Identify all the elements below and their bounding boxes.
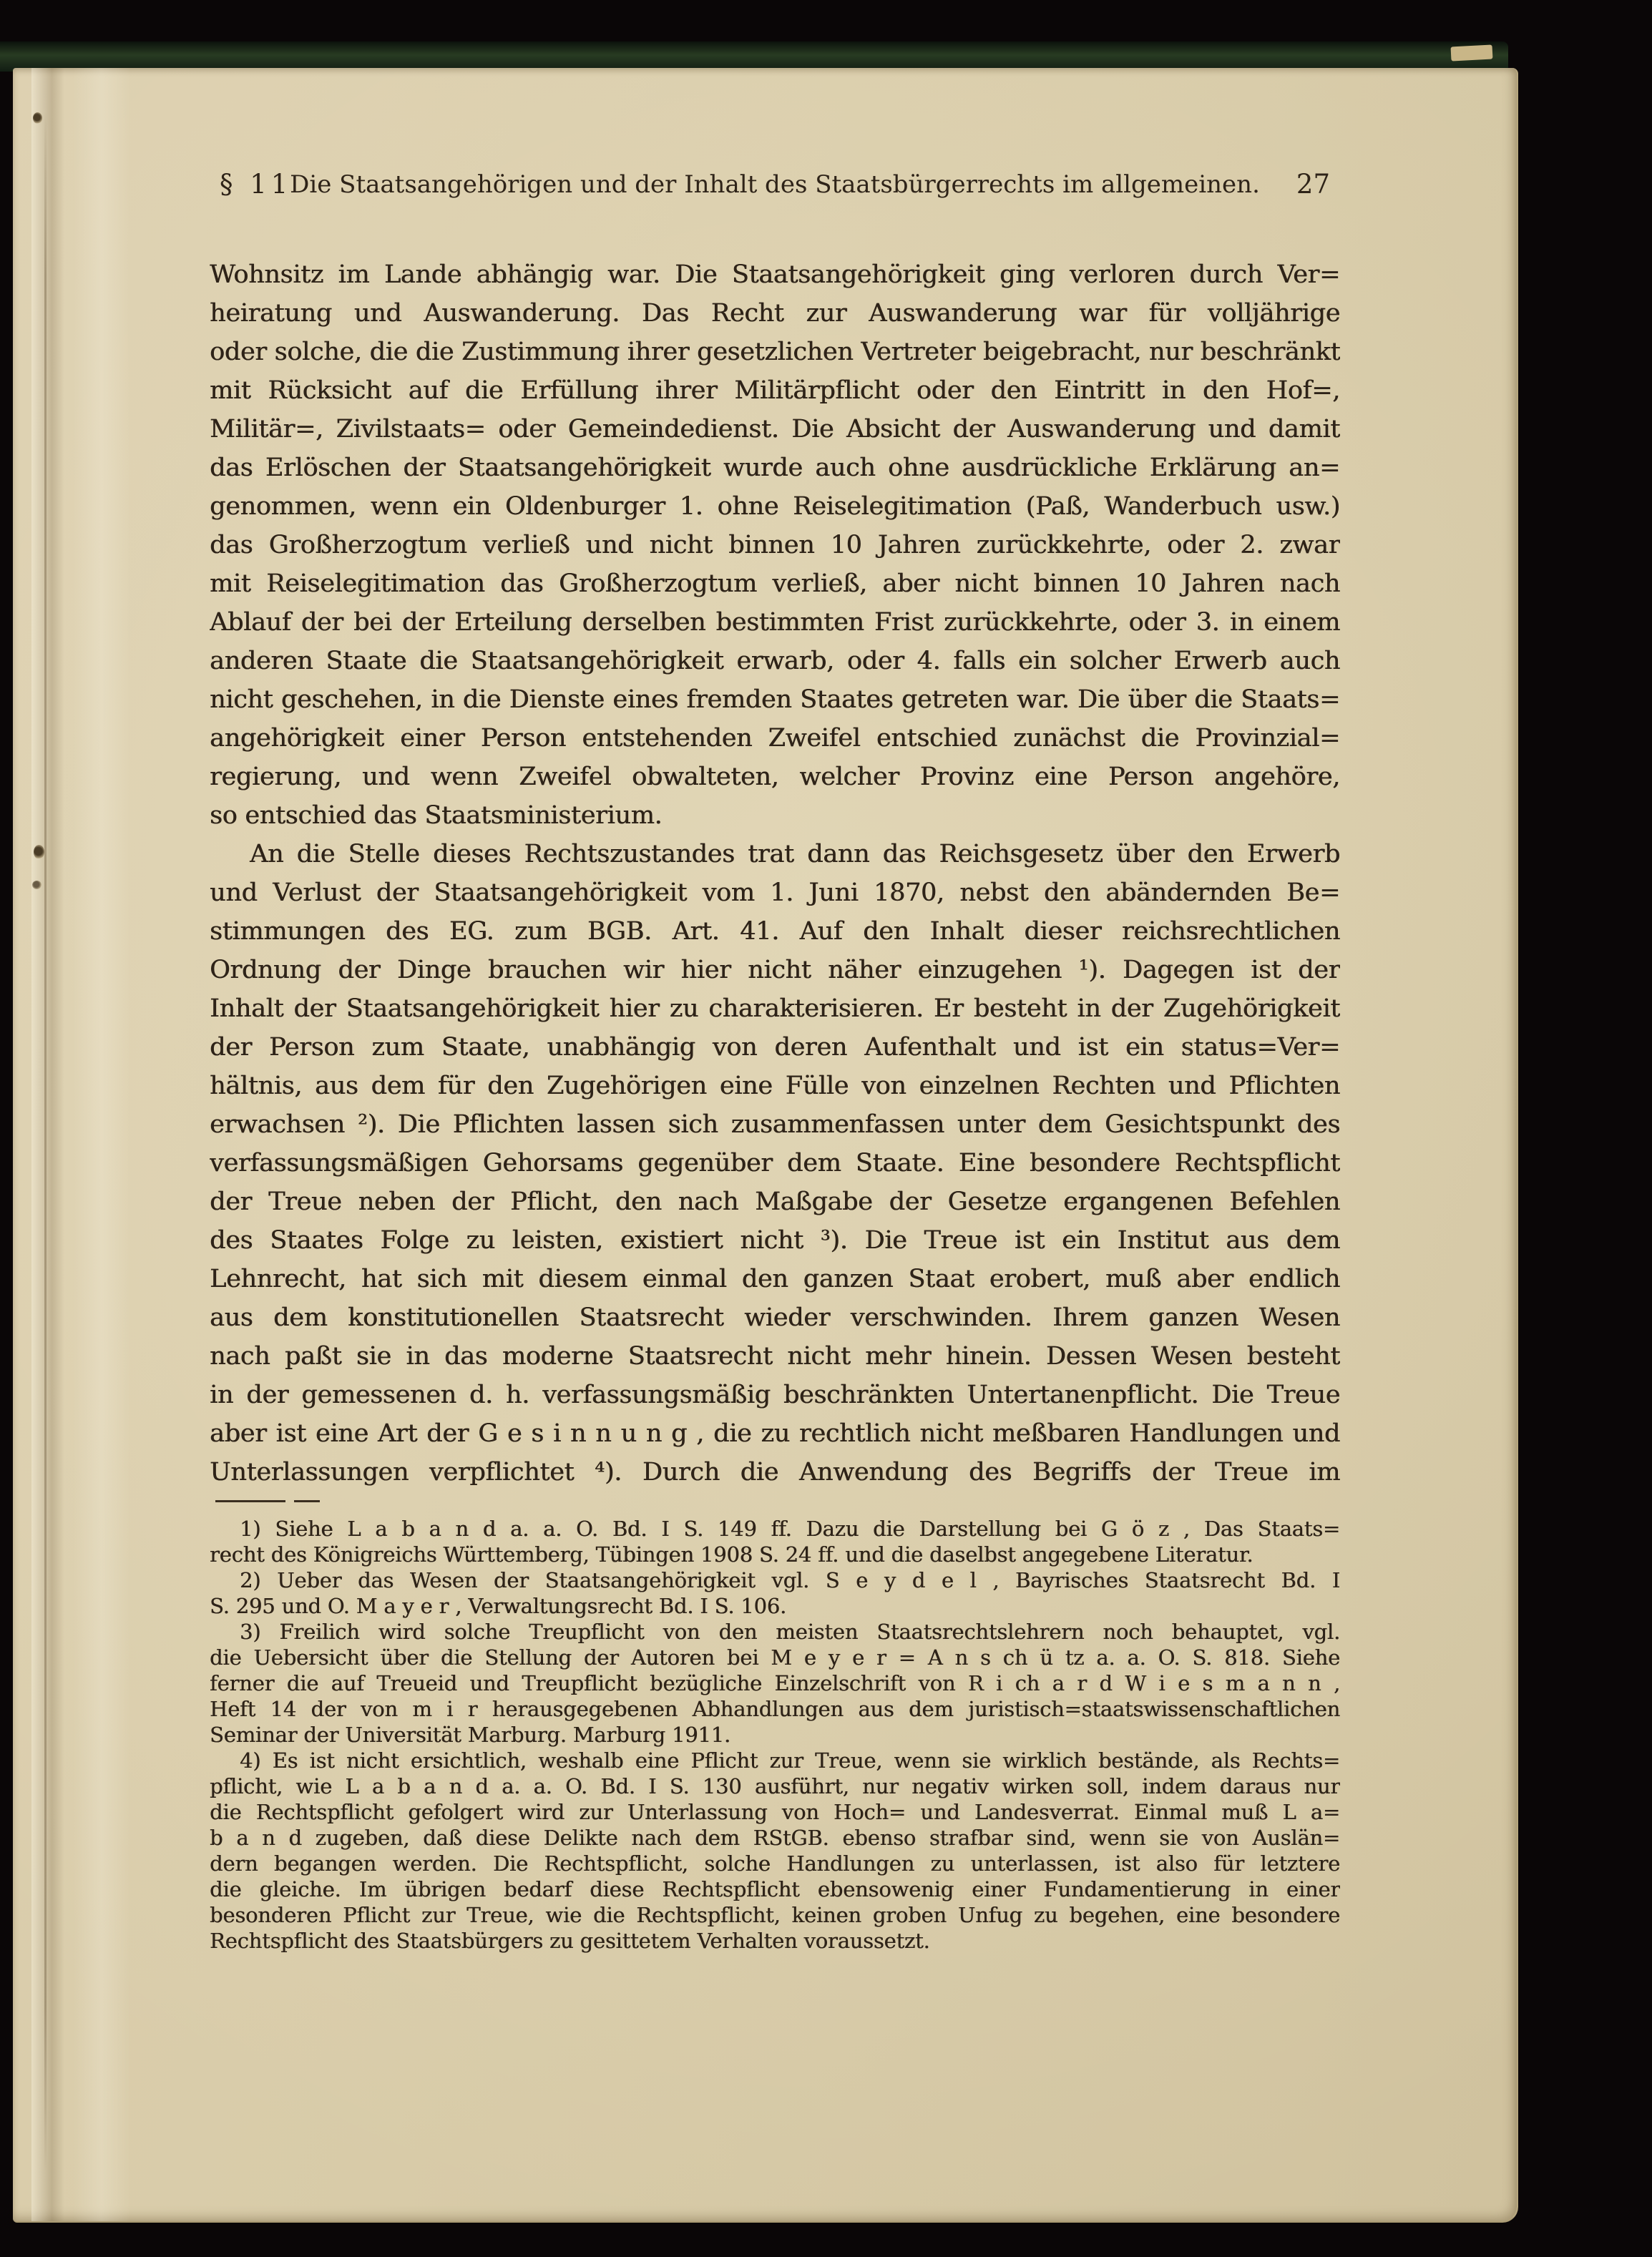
body-text-line: aber ist eine Art der G e s i n n u n g … <box>210 1414 1340 1453</box>
page-paper: § 11 Die Staatsangehörigen und der Inhal… <box>13 68 1518 2223</box>
stitch-hole <box>34 845 44 859</box>
footnote-line: pflicht, wie L a b a n d a. a. O. Bd. I … <box>210 1773 1340 1799</box>
footnote-line: Heft 14 der von m i r herausgegebenen Ab… <box>210 1696 1340 1722</box>
body-text-line: nicht geschehen, in die Dienste eines fr… <box>210 680 1340 719</box>
footnote-line: die Uebersicht über die Stellung der Aut… <box>210 1645 1340 1670</box>
footnote-line: 1) Siehe L a b a n d a. a. O. Bd. I S. 1… <box>210 1516 1340 1542</box>
body-text-line: verfassungsmäßigen Gehorsams gegenüber d… <box>210 1144 1340 1183</box>
book-cover-edge <box>0 41 1508 72</box>
body-text-line: stimmungen des EG. zum BGB. Art. 41. Auf… <box>210 912 1340 951</box>
footnotes-block: 1) Siehe L a b a n d a. a. O. Bd. I S. 1… <box>210 1516 1340 1954</box>
body-text-line: das Erlöschen der Staatsangehörigkeit wu… <box>210 449 1340 487</box>
body-text-line: mit Rücksicht auf die Erfüllung ihrer Mi… <box>210 371 1340 410</box>
footnote-line: S. 295 und O. M a y e r , Verwaltungsrec… <box>210 1593 1340 1619</box>
body-text-line: hältnis, aus dem für den Zugehörigen ein… <box>210 1067 1340 1105</box>
body-text-line: mit Reiselegitimation das Großherzogtum … <box>210 564 1340 603</box>
body-text-line: das Großherzogtum verließ und nicht binn… <box>210 526 1340 564</box>
body-text-line: regierung, und wenn Zweifel obwalteten, … <box>210 758 1340 796</box>
body-text-line: Ordnung der Dinge brauchen wir hier nich… <box>210 951 1340 989</box>
body-text-line: in der gemessenen d. h. verfassungsmäßig… <box>210 1376 1340 1414</box>
scan-background: § 11 Die Staatsangehörigen und der Inhal… <box>0 0 1652 2257</box>
body-text-line: anderen Staate die Staatsangehörigkeit e… <box>210 642 1340 680</box>
paper-fragment <box>1451 44 1493 61</box>
body-text-line: Wohnsitz im Lande abhängig war. Die Staa… <box>210 255 1340 294</box>
body-text-line: Inhalt der Staatsangehörigkeit hier zu c… <box>210 989 1340 1028</box>
running-title: Die Staatsangehörigen und der Inhalt des… <box>290 170 1260 199</box>
footnote-line: 2) Ueber das Wesen der Staatsangehörigke… <box>210 1567 1340 1593</box>
footnote-line: besonderen Pflicht zur Treue, wie die Re… <box>210 1902 1340 1928</box>
body-text-line: Ablauf der bei der Erteilung derselben b… <box>210 603 1340 642</box>
body-text-line: nach paßt sie in das moderne Staatsrecht… <box>210 1337 1340 1376</box>
body-text-line: Unterlassungen verpflichtet ⁴). Durch di… <box>210 1453 1340 1492</box>
gutter-crease-line <box>44 111 47 2171</box>
body-text-line: angehörigkeit einer Person entstehenden … <box>210 719 1340 758</box>
body-text-line: der Person zum Staate, unabhängig von de… <box>210 1028 1340 1067</box>
footnote-line: die Rechtspflicht gefolgert wird zur Unt… <box>210 1799 1340 1825</box>
footnote-line: 4) Es ist nicht ersichtlich, weshalb ein… <box>210 1748 1340 1773</box>
footnote-line: Seminar der Universität Marburg. Marburg… <box>210 1722 1340 1748</box>
body-text-line: so entschied das Staatsministerium. <box>210 796 1340 835</box>
footnote-line: dern begangen werden. Die Rechtspflicht,… <box>210 1851 1340 1876</box>
footnote-line: die gleiche. Im übrigen bedarf diese Rec… <box>210 1876 1340 1902</box>
footnote-line: recht des Königreichs Württemberg, Tübin… <box>210 1542 1340 1567</box>
body-text-line: Militär=, Zivilstaats= oder Gemeindedien… <box>210 410 1340 449</box>
footnote-line: Rechtspflicht des Staatsbürgers zu gesit… <box>210 1928 1340 1954</box>
body-text-line: genommen, wenn ein Oldenburger 1. ohne R… <box>210 487 1340 526</box>
body-text-line: heiratung und Auswanderung. Das Recht zu… <box>210 294 1340 333</box>
body-text-line: der Treue neben der Pflicht, den nach Ma… <box>210 1183 1340 1221</box>
body-text-line: An die Stelle dieses Rechtszustandes tra… <box>210 835 1340 873</box>
body-text-line: erwachsen ²). Die Pflichten lassen sich … <box>210 1105 1340 1144</box>
footnote-line: 3) Freilich wird solche Treupflicht von … <box>210 1619 1340 1645</box>
paper-fold-highlight <box>73 68 130 2221</box>
footnote-rule <box>215 1500 320 1502</box>
body-text-line: aus dem konstitutionellen Staatsrecht wi… <box>210 1298 1340 1337</box>
running-header: § 11 Die Staatsangehörigen und der Inhal… <box>210 168 1340 201</box>
body-text-line: des Staates Folge zu leisten, existiert … <box>210 1221 1340 1260</box>
body-paragraph-1: Wohnsitz im Lande abhängig war. Die Staa… <box>210 255 1340 835</box>
gutter-crease <box>31 68 64 2221</box>
stitch-hole <box>33 112 42 124</box>
body-paragraph-2: An die Stelle dieses Rechtszustandes tra… <box>210 835 1340 1492</box>
body-text-line: und Verlust der Staatsangehörigkeit vom … <box>210 873 1340 912</box>
body-text-line: oder solche, die die Zustimmung ihrer ge… <box>210 333 1340 371</box>
body-text-line: Lehnrecht, hat sich mit diesem einmal de… <box>210 1260 1340 1298</box>
page-number: 27 <box>1296 168 1330 201</box>
section-number: § 11 <box>220 168 292 201</box>
footnote-line: ferner die auf Treueid und Treupflicht b… <box>210 1670 1340 1696</box>
footnote-line: b a n d zugeben, daß diese Delikte nach … <box>210 1825 1340 1851</box>
stitch-hole <box>32 881 41 889</box>
